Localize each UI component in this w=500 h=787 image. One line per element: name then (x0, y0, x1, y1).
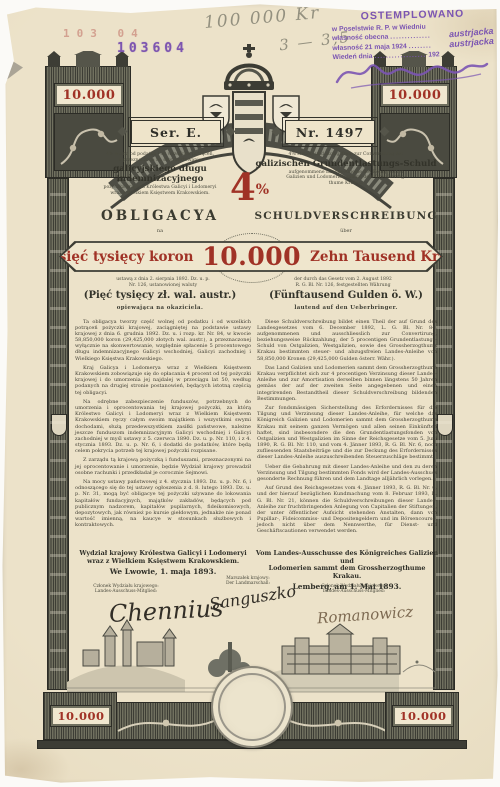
issuer-pl-date: We Lwowie, 1. maja 1893. (73, 567, 253, 576)
subtitle-de-title: galizischen Grundentlastungs-Schuld (255, 159, 437, 169)
body-de-paragraph: Ueber die Gebahrung mit dieser Landes-An… (257, 464, 437, 482)
law-note-german: der durch das Gesetz vom 2. August 1892 … (263, 277, 423, 288)
pedestal-left: 10.000 (43, 692, 117, 740)
signatory-label-left: Członek Wydziału krajowego: Landes-Aussc… (91, 584, 161, 595)
subtitle-pl-line: a przeznaczona na skonwertowanie (71, 158, 249, 164)
subtitle-german: 4% steuer- und abzugsfreie zur Convertir… (255, 152, 437, 186)
law-note-polish: ustawą z dnia 2. sierpnia 1892. Dz. u. p… (83, 277, 243, 288)
bearer-clause-polish: opiewająca na okaziciela. (71, 305, 249, 311)
body-de-paragraph: Zur fondsmässigen Sicherstellung des Erf… (257, 405, 437, 460)
body-de-paragraph: Das Land Galizien und Lodomerien sammt d… (257, 365, 437, 402)
body-pl-paragraph: Ta obligacya tworzy część wolnej od poda… (75, 319, 251, 362)
label-de: Landes-Ausschuss-Mitglied: (91, 589, 161, 594)
denomination-value: 10.000 (63, 88, 116, 103)
serial-number-stamp: 103604 (117, 41, 188, 56)
body-de-paragraph: Auf Grund des Reichsgesetzes vom 4. Jänn… (257, 485, 437, 534)
body-text-german: Diese Schuldverschreibung bildet einen T… (257, 319, 437, 538)
title-schuldverschreibung: SCHULDVERSCHREIBUNG (253, 210, 439, 222)
denomination-plaque-bottom-left: 10.000 (50, 705, 112, 727)
subtitle-pl-line: wraz z Wielkiem Księstwem Krakowskiem. (71, 191, 249, 197)
denomination-value: 10.000 (57, 709, 104, 723)
denomination-value: 10.000 (399, 709, 446, 723)
stamp-dots: .............. (390, 33, 431, 41)
gulden-equivalent-german: (Fünftausend Gulden ö. W.) (257, 290, 435, 301)
signatory-label-right: Członek Wydziału krajowego: Landes-Aussc… (319, 584, 389, 595)
subtitle-polish: 4% wolna od podatku i od wszelkich potrą… (71, 152, 249, 196)
series-box: Ser. E. (131, 120, 221, 144)
law-pl-line2: Nr. 126, ustanowionej waluty (83, 283, 243, 289)
subtitle-pl-title: galicyjskiego długu indemnizacyjnego (71, 164, 249, 184)
body-pl-paragraph: Na mocy ustawy państwowej z 4. stycznia … (75, 479, 251, 528)
number-box: Nr. 1497 (285, 120, 375, 144)
body-pl-paragraph: Na odrębne zabezpieczenie funduszów, pot… (75, 399, 251, 454)
pencil-amount-note: 100 000 Kr (203, 3, 321, 33)
body-pl-paragraph: Kraj Galicya i Lodomerya wraz z Wielkiem… (75, 365, 251, 395)
body-text-polish: Ta obligacya tworzy część wolnej od poda… (75, 319, 251, 532)
serial-number-faded: 103 04 (63, 27, 145, 40)
issuer-de-line1: Vom Landes-Ausschusse des Königreiches G… (255, 550, 439, 565)
rate-digit: 4 (230, 165, 256, 209)
issuer-pl-line2: wraz z Wielkiem Księstwem Krakowskiem. (73, 558, 253, 566)
subtitle-de-line: thume Krakau. (255, 181, 437, 187)
stamp-signature-flourish (331, 50, 491, 92)
border-shield-icon (51, 414, 67, 436)
gulden-equivalent-polish: (Pięć tysięcy zł. wal. austr.) (71, 290, 249, 301)
certificate-number: Nr. 1497 (296, 125, 364, 140)
scanned-bond-certificate: 10.000 10.000 (0, 0, 500, 787)
embossed-seal (211, 666, 293, 748)
denomination-plaque-bottom-right: 10.000 (392, 705, 454, 727)
law-de-line2: R. G. Bl. Nr. 126, festgestellten Währun… (263, 283, 423, 289)
issuer-block-polish: Wydział krajowy Królestwa Galicyi i Lodo… (73, 550, 253, 576)
amount-banner: Dziesięć tysięcy koron 10.000 Zehn Tause… (59, 239, 443, 274)
stamp-dots: ........ (409, 42, 432, 50)
stamp-own-label: własność obecna (332, 34, 388, 42)
paper-tear (1, 54, 23, 84)
label-de: Landes-Ausschuss-Mitglied: (319, 589, 389, 594)
title-obligacya: OBLIGACYA (71, 208, 249, 224)
prep-na: na (71, 228, 249, 234)
body-pl-paragraph: Z zarządu tą krajową pożyczką i fundusza… (75, 457, 251, 475)
pedestal-right: 10.000 (385, 692, 459, 740)
amount-numeral: 10.000 (202, 242, 301, 271)
border-shield-icon (437, 414, 453, 436)
stamp-title: OSTEMPLOWANO (331, 7, 493, 23)
body-de-paragraph: Diese Schuldverschreibung bildet einen T… (257, 319, 437, 362)
subtitle-de-line: 4% steuer- und abzugsfreie zur Convertir… (255, 152, 437, 158)
prep-ueber: über (253, 228, 439, 234)
series-label: Ser. E. (150, 125, 202, 140)
denomination-plaque-top-left: 10.000 (54, 83, 124, 107)
bearer-clause-german: lautend auf den Ueberbringer. (257, 305, 435, 311)
paper-sheet: 10.000 10.000 (1, 2, 499, 785)
